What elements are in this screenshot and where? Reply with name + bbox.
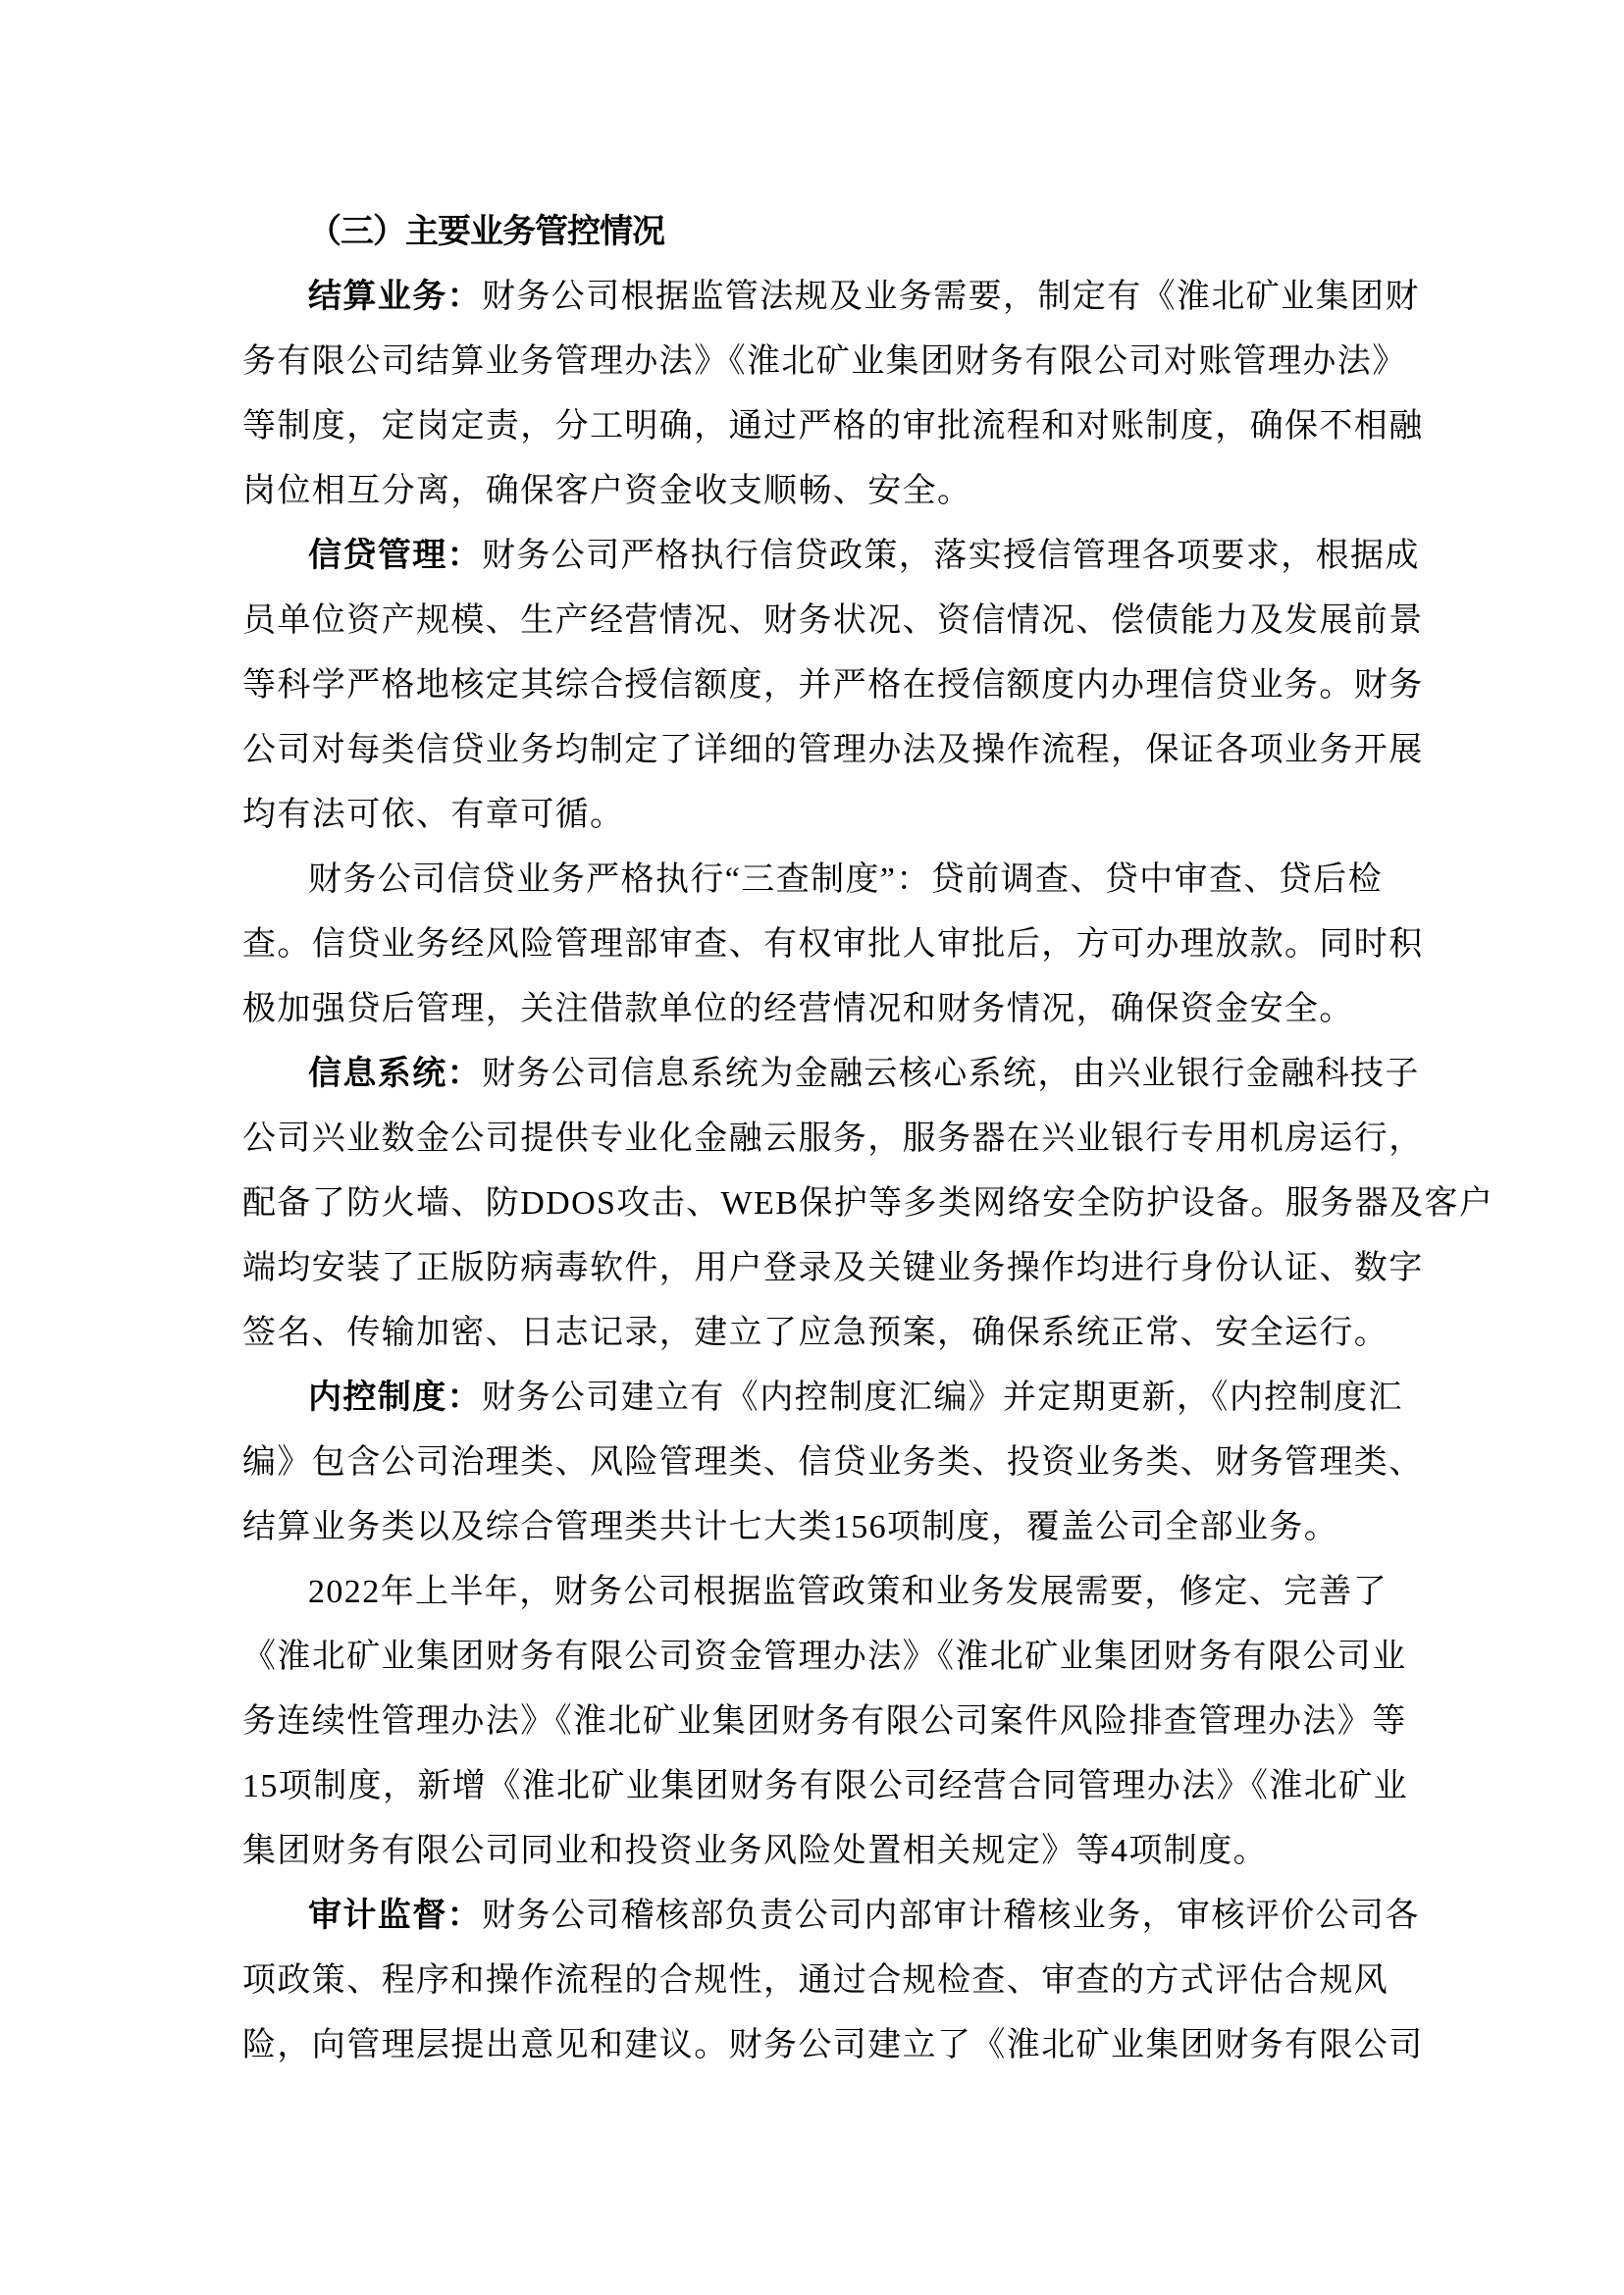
text-line: 编》包含公司治理类、风险管理类、信贷业务类、投资业务类、财务管理类、: [242, 1431, 1489, 1495]
text-line: 结算业务类以及综合管理类共计七大类156项制度，覆盖公司全部业务。: [242, 1495, 1489, 1560]
paragraph-4: 信息系统：财务公司信息系统为金融云核心系统，由兴业银行金融科技子公司兴业数金公司…: [242, 1042, 1489, 1366]
text-line: 端均安装了正版防病毒软件，用户登录及关键业务操作均进行身份认证、数字: [242, 1236, 1489, 1301]
text-line: 审计监督：财务公司稽核部负责公司内部审计稽核业务，审核评价公司各: [242, 1884, 1489, 1949]
paragraph-lead: 内控制度：: [308, 1380, 482, 1416]
paragraph-lead: 信贷管理：: [308, 538, 482, 574]
paragraph-2: 信贷管理：财务公司严格执行信贷政策，落实授信管理各项要求，根据成员单位资产规模、…: [242, 524, 1489, 848]
text-line: 务连续性管理办法》《淮北矿业集团财务有限公司案件风险排查管理办法》等: [242, 1690, 1489, 1754]
text-line: 信息系统：财务公司信息系统为金融云核心系统，由兴业银行金融科技子: [242, 1042, 1489, 1107]
text-line: 公司兴业数金公司提供专业化金融云服务，服务器在兴业银行专用机房运行，: [242, 1107, 1489, 1172]
text-line: 内控制度：财务公司建立有《内控制度汇编》并定期更新，《内控制度汇: [242, 1366, 1489, 1431]
text-line: 等制度，定岗定责，分工明确，通过严格的审批流程和对账制度，确保不相融: [242, 394, 1489, 459]
text-line: 项政策、程序和操作流程的合规性，通过合规检查、审查的方式评估合规风: [242, 1949, 1489, 2013]
text-line: 结算业务：财务公司根据监管法规及业务需要，制定有《淮北矿业集团财: [242, 265, 1489, 330]
text-line: 财务公司信贷业务严格执行“三查制度”：贷前调查、贷中审查、贷后检: [242, 848, 1489, 913]
text-line: 集团财务有限公司同业和投资业务风险处置相关规定》等4项制度。: [242, 1819, 1489, 1884]
text-line: 公司对每类信贷业务均制定了详细的管理办法及操作流程，保证各项业务开展: [242, 718, 1489, 783]
text-line: 岗位相互分离，确保客户资金收支顺畅、安全。: [242, 459, 1489, 524]
text-line: 查。信贷业务经风险管理部审查、有权审批人审批后，方可办理放款。同时积: [242, 913, 1489, 977]
paragraph-3: 财务公司信贷业务严格执行“三查制度”：贷前调查、贷中审查、贷后检查。信贷业务经风…: [242, 848, 1489, 1042]
text-line: 员单位资产规模、生产经营情况、财务状况、资信情况、偿债能力及发展前景: [242, 589, 1489, 653]
section-heading: （三）主要业务管控情况: [242, 200, 1489, 265]
paragraph-lead: 结算业务：: [308, 279, 482, 315]
text-line: 配备了防火墙、防DDOS攻击、WEB保护等多类网络安全防护设备。服务器及客户: [242, 1172, 1489, 1236]
paragraph-6: 2022年上半年，财务公司根据监管政策和业务发展需要，修定、完善了《淮北矿业集团…: [242, 1560, 1489, 1884]
text-line: 15项制度，新增《淮北矿业集团财务有限公司经营合同管理办法》《淮北矿业: [242, 1754, 1489, 1819]
document-page: （三）主要业务管控情况 结算业务：财务公司根据监管法规及业务需要，制定有《淮北矿…: [0, 0, 1624, 2295]
paragraph-5: 内控制度：财务公司建立有《内控制度汇编》并定期更新，《内控制度汇编》包含公司治理…: [242, 1366, 1489, 1560]
text-line: 极加强贷后管理，关注借款单位的经营情况和财务情况，确保资金安全。: [242, 977, 1489, 1042]
paragraph-7: 审计监督：财务公司稽核部负责公司内部审计稽核业务，审核评价公司各项政策、程序和操…: [242, 1884, 1489, 2078]
document-body: （三）主要业务管控情况 结算业务：财务公司根据监管法规及业务需要，制定有《淮北矿…: [242, 200, 1489, 2078]
text-line: 2022年上半年，财务公司根据监管政策和业务发展需要，修定、完善了: [242, 1560, 1489, 1625]
text-line: 签名、传输加密、日志记录，建立了应急预案，确保系统正常、安全运行。: [242, 1301, 1489, 1366]
text-line: 等科学严格地核定其综合授信额度，并严格在授信额度内办理信贷业务。财务: [242, 653, 1489, 718]
text-line: 《淮北矿业集团财务有限公司资金管理办法》《淮北矿业集团财务有限公司业: [242, 1625, 1489, 1690]
text-line: 均有法可依、有章可循。: [242, 783, 1489, 848]
paragraph-1: 结算业务：财务公司根据监管法规及业务需要，制定有《淮北矿业集团财务有限公司结算业…: [242, 265, 1489, 524]
text-line: 务有限公司结算业务管理办法》《淮北矿业集团财务有限公司对账管理办法》: [242, 330, 1489, 394]
text-line: 险，向管理层提出意见和建议。财务公司建立了《淮北矿业集团财务有限公司: [242, 2013, 1489, 2078]
text-line: 信贷管理：财务公司严格执行信贷政策，落实授信管理各项要求，根据成: [242, 524, 1489, 589]
paragraph-lead: 信息系统：: [308, 1056, 482, 1092]
paragraph-lead: 审计监督：: [308, 1898, 482, 1934]
